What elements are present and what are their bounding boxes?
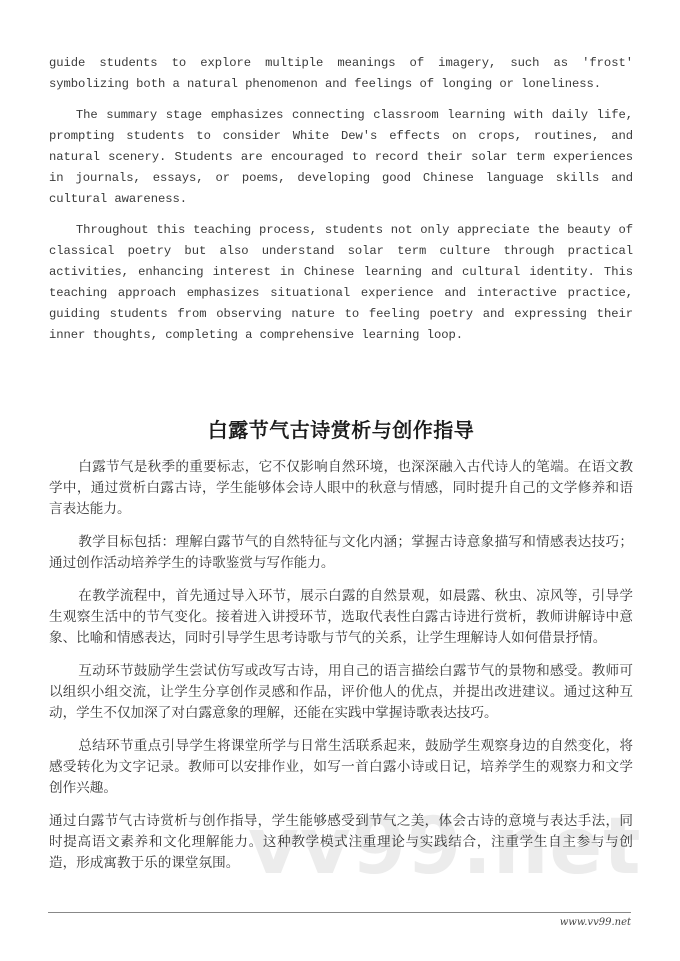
page-content: guide students to explore multiple meani… [49, 53, 633, 886]
footer-divider [48, 912, 631, 913]
paragraph-zh-6: 通过白露节气古诗赏析与创作指导，学生能够感受到节气之美，体会古诗的意境与表达手法… [49, 811, 633, 874]
paragraph-en-3: Throughout this teaching process, studen… [49, 220, 633, 346]
section-title: 白露节气古诗赏析与创作指导 [49, 414, 633, 443]
chinese-section: 白露节气是秋季的重要标志，它不仅影响自然环境，也深深融入古代诗人的笔端。在语文教… [49, 457, 633, 874]
footer-url: www.vv99.net [560, 917, 631, 928]
english-section: guide students to explore multiple meani… [49, 53, 633, 346]
paragraph-zh-1: 白露节气是秋季的重要标志，它不仅影响自然环境，也深深融入古代诗人的笔端。在语文教… [49, 457, 633, 520]
paragraph-zh-3: 在教学流程中，首先通过导入环节，展示白露的自然景观，如晨露、秋虫、凉风等，引导学… [49, 586, 633, 649]
paragraph-zh-5: 总结环节重点引导学生将课堂所学与日常生活联系起来，鼓励学生观察身边的自然变化，将… [49, 736, 633, 799]
paragraph-en-2: The summary stage emphasizes connecting … [49, 105, 633, 210]
paragraph-zh-4: 互动环节鼓励学生尝试仿写或改写古诗，用自己的语言描绘白露节气的景物和感受。教师可… [49, 661, 633, 724]
document-page: vv99.net guide students to explore multi… [0, 0, 680, 961]
paragraph-zh-2: 教学目标包括：理解白露节气的自然特征与文化内涵；掌握古诗意象描写和情感表达技巧；… [49, 532, 633, 574]
paragraph-en-1: guide students to explore multiple meani… [49, 53, 633, 95]
